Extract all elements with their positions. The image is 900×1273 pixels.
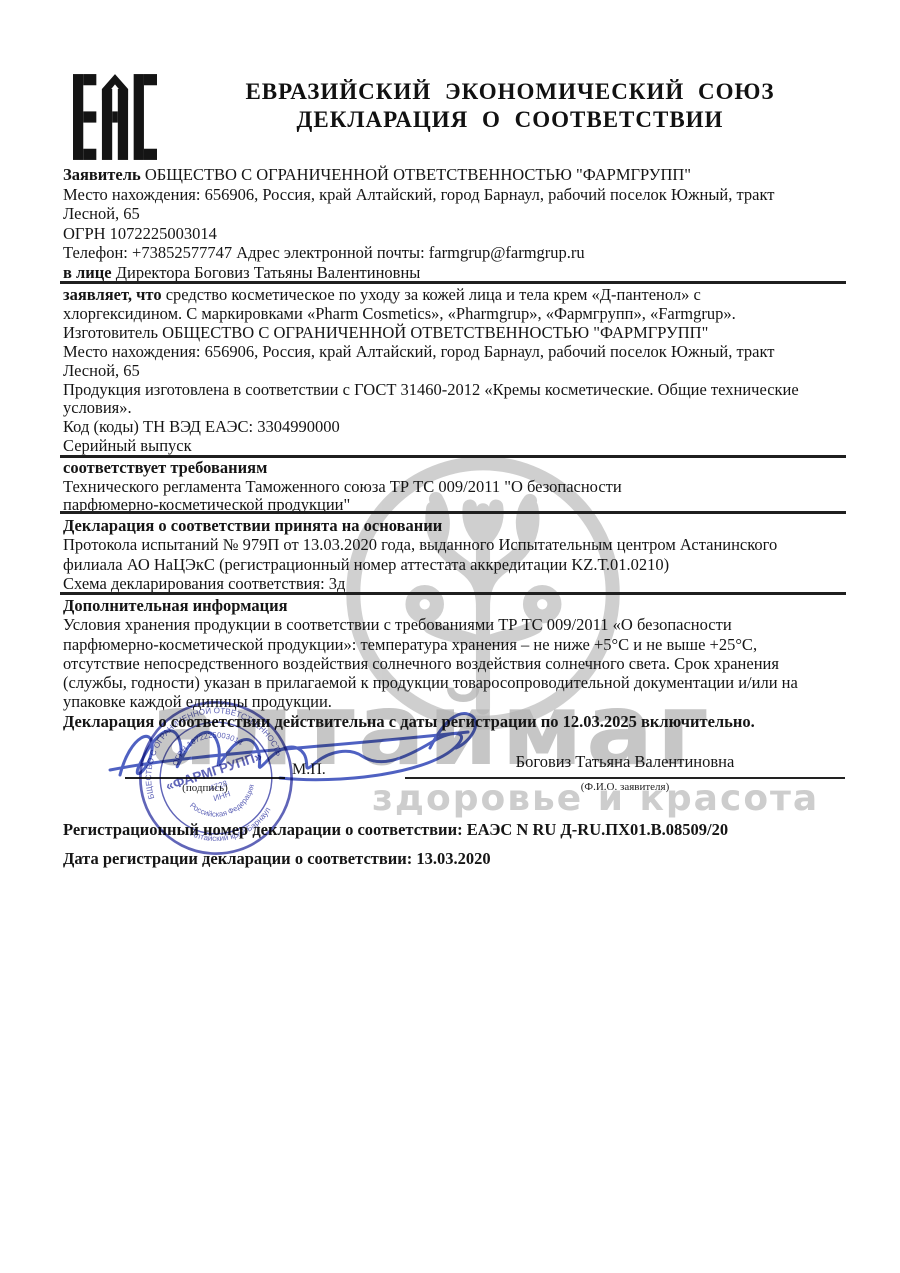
applicant-address-1: Место нахождения: 656906, Россия, край А… <box>63 185 853 205</box>
tnved-code-line: Код (коды) ТН ВЭД ЕАЭС: 3304990000 <box>63 418 853 437</box>
compliance-line-1: Технического регламента Таможенного союз… <box>63 478 853 497</box>
applicant-address-2: Лесной, 65 <box>63 204 853 224</box>
gost-line-2: условия». <box>63 399 853 418</box>
title-declaration: ДЕКЛАРАЦИЯ О СООТВЕТСТВИИ <box>120 106 900 134</box>
additional-line-1: Условия хранения продукции в соответстви… <box>63 615 853 634</box>
in-face-value: Директора Боговиз Татьяны Валентиновны <box>112 263 421 282</box>
applicant-person: в лице Директора Боговиз Татьяны Валенти… <box>63 263 853 283</box>
applicant-line: Заявитель ОБЩЕСТВО С ОГРАНИЧЕННОЙ ОТВЕТС… <box>63 165 853 185</box>
applicant-label: Заявитель <box>63 165 141 184</box>
statement-line-1: заявляет, что средство косметическое по … <box>63 286 853 305</box>
gost-line-1: Продукция изготовлена в соответствии с Г… <box>63 381 853 400</box>
section-divider <box>60 511 846 514</box>
applicant-contacts: Телефон: +73852577747 Адрес электронной … <box>63 243 853 263</box>
basis-section: Декларация о соответствии принята на осн… <box>63 516 853 593</box>
section-divider <box>60 281 846 284</box>
section-divider <box>60 592 846 595</box>
manufacturer-line: Изготовитель ОБЩЕСТВО С ОГРАНИЧЕННОЙ ОТВ… <box>63 324 853 343</box>
serial-issue-line: Серийный выпуск <box>63 437 853 456</box>
additional-heading: Дополнительная информация <box>63 596 853 615</box>
in-face-label: в лице <box>63 263 112 282</box>
basis-line-2: филиала АО НаЦЭкС (регистрационный номер… <box>63 555 853 574</box>
manufacturer-address-1: Место нахождения: 656906, Россия, край А… <box>63 343 853 362</box>
additional-line-2: парфюмерно-косметической продукции»: тем… <box>63 635 853 654</box>
applicant-section: Заявитель ОБЩЕСТВО С ОГРАНИЧЕННОЙ ОТВЕТС… <box>63 165 853 283</box>
signature-ink <box>100 690 530 810</box>
declaration-document: алтаймаг здоровье и красота <box>0 0 900 1273</box>
document-title: ЕВРАЗИЙСКИЙ ЭКОНОМИЧЕСКИЙ СОЮЗ ДЕКЛАРАЦИ… <box>120 78 900 134</box>
title-union: ЕВРАЗИЙСКИЙ ЭКОНОМИЧЕСКИЙ СОЮЗ <box>120 78 900 106</box>
manufacturer-address-2: Лесной, 65 <box>63 362 853 381</box>
statement-line-2: хлоргексидином. С маркировками «Pharm Co… <box>63 305 853 324</box>
applicant-ogrn: ОГРН 1072225003014 <box>63 224 853 244</box>
basis-line-1: Протокола испытаний № 979П от 13.03.2020… <box>63 535 853 554</box>
applicant-name: ОБЩЕСТВО С ОГРАНИЧЕННОЙ ОТВЕТСТВЕННОСТЬЮ… <box>141 165 691 184</box>
statement-product: средство косметическое по уходу за кожей… <box>162 285 701 304</box>
basis-line-3: Схема декларирования соответствия: 3д <box>63 574 853 593</box>
statement-label: заявляет, что <box>63 285 162 304</box>
statement-section: заявляет, что средство косметическое по … <box>63 286 853 456</box>
compliance-section: соответствует требованиям Технического р… <box>63 459 853 515</box>
additional-line-3: отсутствие непосредственного воздействия… <box>63 654 853 673</box>
compliance-heading: соответствует требованиям <box>63 459 853 478</box>
basis-heading: Декларация о соответствии принята на осн… <box>63 516 853 535</box>
